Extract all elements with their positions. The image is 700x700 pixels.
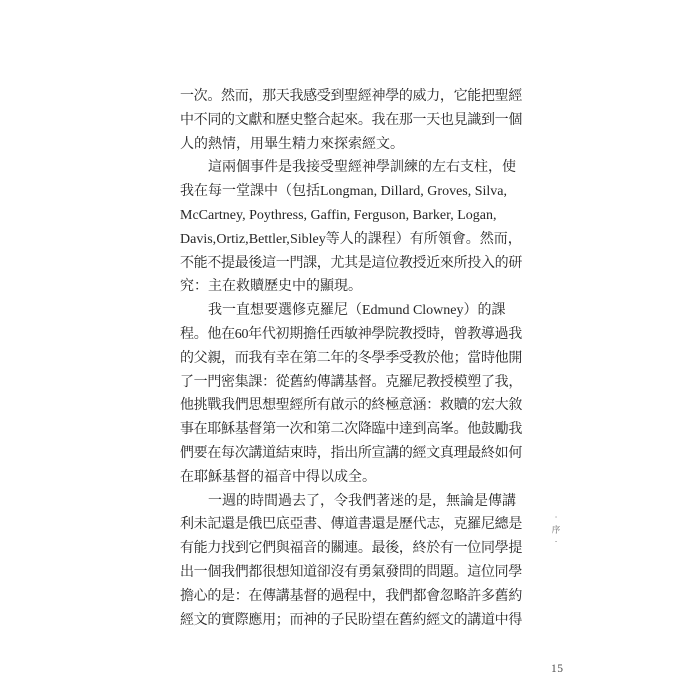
text-line: 擔心的是：在傳講基督的過程中，我們都會忽略許多舊約 — [180, 585, 522, 609]
text-line: 我一直想要選修克羅尼（Edmund Clowney）的課 — [180, 299, 522, 323]
text-line: 有能力找到它們與福音的關連。最後，終於有一位同學提 — [180, 537, 522, 561]
text-line: 我在每一堂課中（包括Longman, Dillard, Groves, Silv… — [180, 180, 522, 204]
text-line: 了一門密集課：從舊約傳講基督。克羅尼教授模塑了我， — [180, 371, 522, 395]
text-line: 程。他在60年代初期擔任西敏神學院教授時，曾教導過我 — [180, 323, 522, 347]
text-line: 他挑戰我們思想聖經所有啟示的終極意涵：救贖的宏大敘 — [180, 394, 522, 418]
text-line: 中不同的文獻和歷史整合起來。我在那一天也見識到一個 — [180, 109, 522, 133]
text-line: 一次。然而，那天我感受到聖經神學的威力，它能把聖經 — [180, 85, 522, 109]
margin-caption: ·序· — [550, 512, 562, 550]
text-line: Davis, Ortiz, Bettler, Sibley等人的課程）有所領會。… — [180, 228, 522, 252]
text-line: 不能不提最後這一門課，尤其是這位教授近來所投入的研 — [180, 252, 522, 276]
text-line: 事在耶穌基督第一次和第二次降臨中達到高峯。他鼓勵我 — [180, 418, 522, 442]
page-number: 15 — [551, 663, 564, 675]
text-line: 利未記還是俄巴底亞書、傳道書還是歷代志，克羅尼總是 — [180, 513, 522, 537]
text-block: 一次。然而，那天我感受到聖經神學的威力，它能把聖經中不同的文獻和歷史整合起來。我… — [180, 85, 522, 632]
text-line: 究：主在救贖歷史中的顯現。 — [180, 275, 522, 299]
book-page: 一次。然而，那天我感受到聖經神學的威力，它能把聖經中不同的文獻和歷史整合起來。我… — [0, 0, 700, 700]
text-line: 這兩個事件是我接受聖經神學訓練的左右支柱，使 — [180, 156, 522, 180]
text-line: 人的熱情，用畢生精力來探索經文。 — [180, 133, 522, 157]
text-line: 們要在每次講道結束時，指出所宣講的經文真理最終如何 — [180, 442, 522, 466]
text-line: 的父親，而我有幸在第二年的冬學季受教於他；當時他開 — [180, 347, 522, 371]
text-line: 在耶穌基督的福音中得以成全。 — [180, 466, 522, 490]
text-line: 經文的實際應用；而神的子民盼望在舊約經文的講道中得 — [180, 609, 522, 633]
text-line: 一週的時間過去了，令我們著迷的是，無論是傳講 — [180, 490, 522, 514]
text-line: McCartney, Poythress, Gaffin, Ferguson, … — [180, 204, 522, 228]
text-line: 出一個我們都很想知道卻沒有勇氣發問的問題。這位同學 — [180, 561, 522, 585]
